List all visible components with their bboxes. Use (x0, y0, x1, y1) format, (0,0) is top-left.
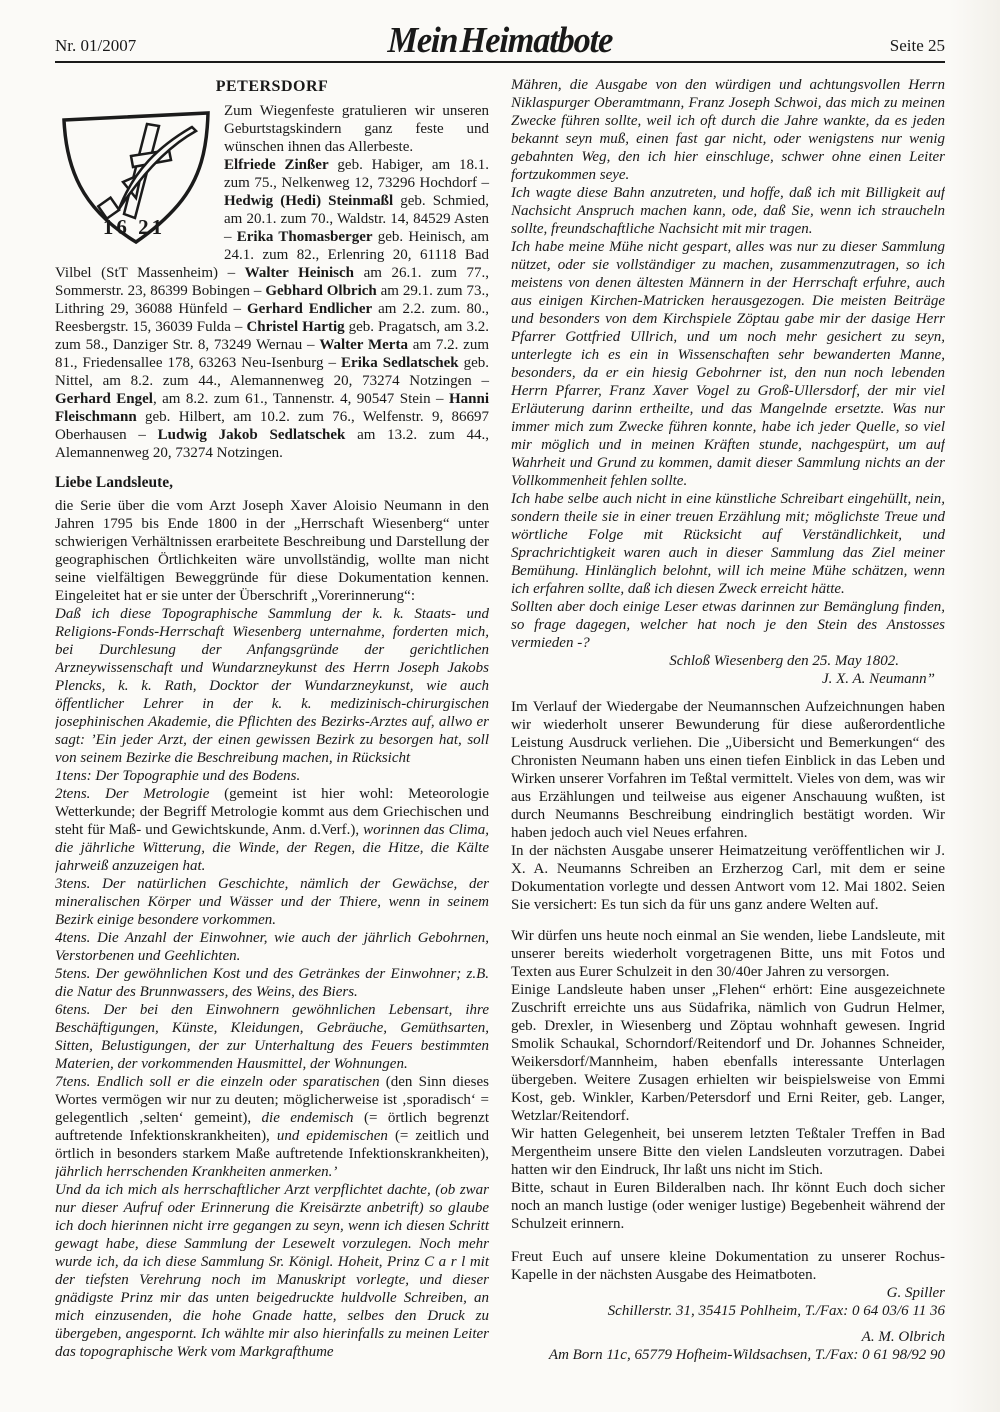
shield-icon: 16 21 (55, 104, 217, 249)
content-columns: PETERSDORF 16 21 Zum Wiegenfeste gratuli… (55, 76, 945, 1382)
paragraph: Wir dürfen uns heute noch einmal an Sie … (511, 927, 945, 981)
paragraph: 1tens: Der Topographie und des Bodens. (55, 767, 489, 785)
paragraph: Und da ich mich als herrschaftlicher Arz… (55, 1181, 489, 1361)
paragraph: Bitte, schaut in Euren Bilderalben nach.… (511, 1179, 945, 1233)
paragraph: Daß ich diese Topographische Sammlung de… (55, 605, 489, 767)
paragraph: Im Verlauf der Wiedergabe der Neumannsch… (511, 698, 945, 842)
left-text-flow: die Serie über die vom Arzt Joseph Xaver… (55, 497, 489, 1361)
paragraph: Am Born 11c, 65779 Hofheim-Wildsachsen, … (511, 1346, 945, 1364)
greeting-heading: Liebe Landsleute, (55, 474, 489, 492)
paragraph: Wir hatten Gelegenheit, bei unserem letz… (511, 1125, 945, 1179)
left-column: PETERSDORF 16 21 Zum Wiegenfeste gratuli… (55, 76, 489, 1382)
paragraph: 3tens. Der natürlichen Geschichte, nämli… (55, 875, 489, 929)
paragraph: die Serie über die vom Arzt Joseph Xaver… (55, 497, 489, 605)
paragraph: G. Spiller (511, 1284, 945, 1302)
paragraph: 7tens. Endlich soll er die einzeln oder … (55, 1073, 489, 1181)
page-number: Seite 25 (890, 36, 945, 56)
paragraph: Schloß Wiesenberg den 25. May 1802. (511, 652, 945, 670)
coat-of-arms-image: 16 21 (55, 104, 217, 249)
paragraph: 2tens. Der Metrologie (gemeint ist hier … (55, 785, 489, 875)
header-divider (55, 61, 945, 63)
right-text-flow: Mähren, die Ausgabe von den würdigen und… (511, 76, 945, 1364)
masthead-logo: Mein Heimatbote (0, 20, 1000, 61)
paragraph: Mähren, die Ausgabe von den würdigen und… (511, 76, 945, 184)
paragraph: Einige Landsleute haben unser „Flehen“ e… (511, 981, 945, 1125)
paragraph: Ich habe meine Mühe nicht gespart, alles… (511, 238, 945, 490)
paragraph: Schillerstr. 31, 35415 Pohlheim, T./Fax:… (511, 1302, 945, 1320)
paragraph: 6tens. Der bei den Einwohnern gewöhnlich… (55, 1001, 489, 1073)
newspaper-page: Nr. 01/2007 Mein Heimatbote Seite 25 PET… (0, 0, 1000, 1412)
paragraph: In der nächsten Ausgabe unserer Heimatze… (511, 842, 945, 914)
paragraph: 4tens. Die Anzahl der Einwohner, wie auc… (55, 929, 489, 965)
shield-year: 16 21 (103, 215, 165, 239)
paragraph: A. M. Olbrich (511, 1328, 945, 1346)
paragraph: 5tens. Der gewöhnlichen Kost und des Get… (55, 965, 489, 1001)
right-column: Mähren, die Ausgabe von den würdigen und… (511, 76, 945, 1382)
paragraph: Ich wagte diese Bahn anzutreten, und hof… (511, 184, 945, 238)
paragraph: Freut Euch auf unsere kleine Dokumentati… (511, 1248, 945, 1284)
section-title-petersdorf: PETERSDORF (55, 78, 489, 96)
paragraph: Ich habe selbe auch nicht in eine künstl… (511, 490, 945, 598)
paragraph: Sollten aber doch einige Leser etwas dar… (511, 598, 945, 652)
paragraph: J. X. A. Neumann” (511, 670, 945, 688)
